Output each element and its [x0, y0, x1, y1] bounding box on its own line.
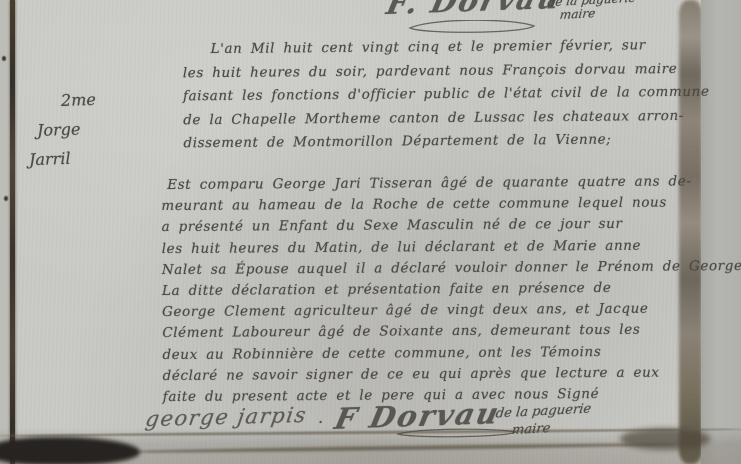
binding-edge-line — [10, 0, 15, 464]
paper-speck — [2, 56, 6, 61]
top-mayor-title: maire — [559, 6, 596, 22]
act-preamble-paragraph: L'an Mil huit cent vingt cinq et le prem… — [182, 34, 710, 156]
bottom-right-smudge — [620, 428, 710, 450]
act-declaration-paragraph: Est comparu George Jari Tisseran âgé de … — [161, 171, 741, 408]
margin-note-line: 2me — [27, 85, 97, 116]
margin-note-line: Jorge — [28, 114, 98, 145]
margin-note-line: Jarril — [29, 143, 99, 174]
declarant-signature: george jarpis — [144, 403, 309, 431]
scanned-register-page: F. Dorvau de la paguerie maire 2me Jorge… — [0, 0, 741, 464]
margin-note: 2me Jorge Jarril — [27, 85, 99, 174]
top-mayor-signature: F. Dorvau — [384, 0, 565, 21]
paper-speck — [4, 196, 8, 201]
signature-flourish-icon — [392, 428, 522, 440]
act-line: Nalet sa Épouse auquel il a déclaré voul… — [162, 256, 741, 281]
signature-separator: . — [318, 408, 323, 427]
act-line: dissement de Montmorillon Département de… — [183, 128, 710, 156]
act-line: de la Chapelle Mortheme canton de Lussac… — [183, 104, 710, 132]
signature-flourish-icon — [402, 20, 542, 36]
act-line: déclaré ne savoir signer de ce eu qui ap… — [163, 362, 741, 387]
